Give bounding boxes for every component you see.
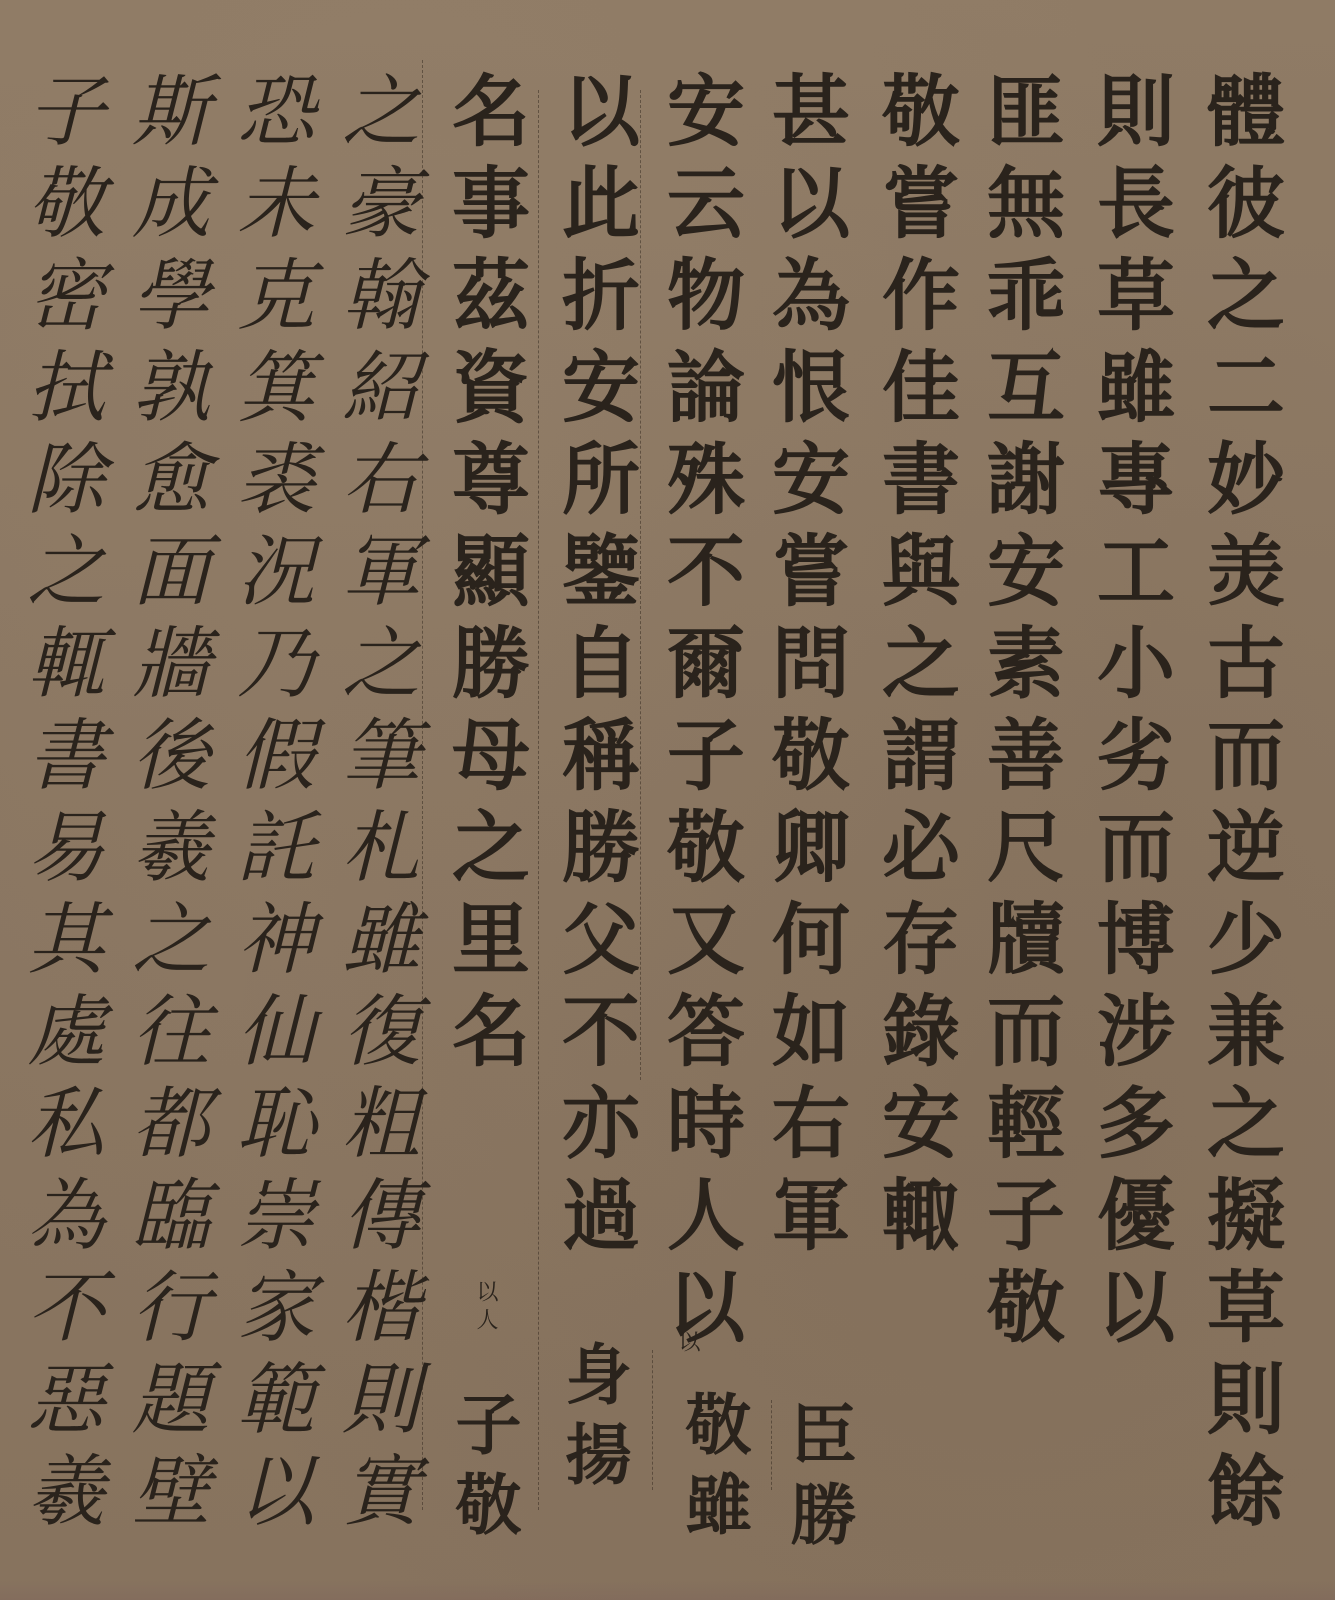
fragment-column-2: 敬雖 xyxy=(680,1390,746,1550)
ruled-line xyxy=(538,90,539,1510)
text-column-4: 敬嘗作佳書與之謂必存錄安輙 xyxy=(875,70,953,1266)
text-column-12: 子敬密拭除之輒書易其處私為不惡羲 xyxy=(20,70,98,1542)
text-column-6: 安云物論殊不爾子敬又答時人以 xyxy=(660,70,738,1358)
text-column-11: 斯成學孰愈面牆後羲之往都臨行題壁 xyxy=(125,70,203,1542)
fragment-note-4: 以人 xyxy=(470,1280,501,1336)
ruled-line xyxy=(640,90,641,1080)
text-column-2: 則長草雖專工小劣而博涉多優以 xyxy=(1090,70,1168,1358)
ruled-line xyxy=(771,1400,772,1490)
ruled-line xyxy=(652,1350,653,1490)
fragment-column-3: 身揚 xyxy=(560,1340,626,1500)
text-column-7: 以此折安所鑒自稱勝父不亦過 xyxy=(555,70,633,1266)
text-column-3: 匪無乖互謝安素善尺牘而輕子敬 xyxy=(980,70,1058,1358)
text-column-1: 體彼之二妙羙古而逆少兼之擬草則餘 xyxy=(1200,70,1278,1542)
fragment-note-2: 以 xyxy=(672,1330,703,1358)
ruled-line xyxy=(422,60,423,1510)
text-column-8: 名事茲資尊顯勝母之里名 xyxy=(445,70,523,1082)
text-column-5: 甚以為恨安嘗問敬卿何如右軍 xyxy=(765,70,843,1266)
fragment-column-1: 臣勝 xyxy=(785,1400,851,1560)
manuscript-page: 體彼之二妙羙古而逆少兼之擬草則餘 則長草雖專工小劣而博涉多優以 匪無乖互謝安素善… xyxy=(0,0,1335,1600)
text-column-10: 恐未克箕裘況乃假託神仙恥崇家範以 xyxy=(230,70,308,1542)
fragment-column-4: 子敬 xyxy=(450,1390,516,1550)
text-column-9: 之豪翰紹右軍之筆札雖復粗傳楷則實 xyxy=(335,70,413,1542)
